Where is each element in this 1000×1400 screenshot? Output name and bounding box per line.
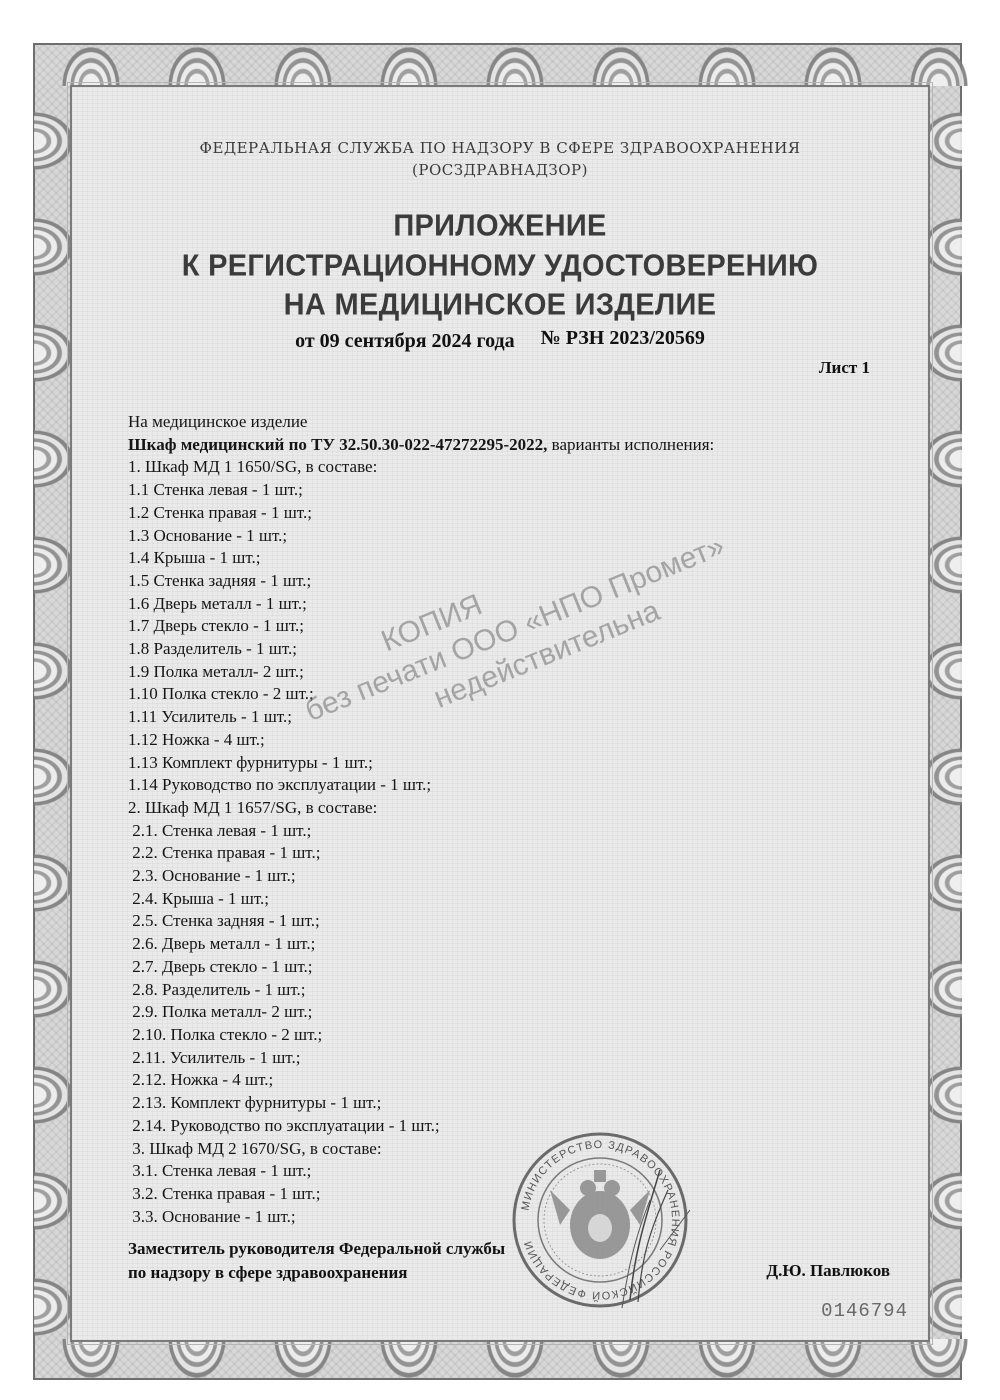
list-item: 1.4 Крыша - 1 шт.; [128, 547, 868, 570]
list-item: 1.7 Дверь стекло - 1 шт.; [128, 615, 868, 638]
list-item: 2.3. Основание - 1 шт.; [128, 865, 868, 888]
document-title-line1: ПРИЛОЖЕНИЕ [0, 205, 1000, 247]
list-item: 1.5 Стенка задняя - 1 шт.; [128, 570, 868, 593]
list-item: 1.13 Комплект фурнитуры - 1 шт.; [128, 752, 868, 775]
list-item: 1.9 Полка металл- 2 шт.; [128, 661, 868, 684]
registration-number: № РЗН 2023/20569 [541, 327, 705, 349]
list-item: 2. Шкаф МД 1 1657/SG, в составе: [128, 797, 868, 820]
list-item: 2.9. Полка металл- 2 шт.; [128, 1001, 868, 1024]
list-item: 1.11 Усилитель - 1 шт.; [128, 706, 868, 729]
document-title-line3: НА МЕДИЦИНСКОЕ ИЗДЕЛИЕ [0, 284, 1000, 326]
document-title-line2: К РЕГИСТРАЦИОННОМУ УДОСТОВЕРЕНИЮ [0, 245, 1000, 287]
list-item: 1.2 Стенка правая - 1 шт.; [128, 502, 868, 525]
list-item: 1.6 Дверь металл - 1 шт.; [128, 593, 868, 616]
sheet-number: Лист 1 [819, 358, 870, 378]
list-item: 2.10. Полка стекло - 2 шт.; [128, 1024, 868, 1047]
list-item: 1.14 Руководство по эксплуатации - 1 шт.… [128, 774, 868, 797]
list-item: 2.13. Комплект фурнитуры - 1 шт.; [128, 1092, 868, 1115]
product-variants-label: варианты исполнения: [547, 435, 714, 454]
list-item: 2.5. Стенка задняя - 1 шт.; [128, 910, 868, 933]
form-serial-number: 0146794 [821, 1300, 908, 1322]
list-item: 2.11. Усилитель - 1 шт.; [128, 1047, 868, 1070]
list-item: 3.2. Стенка правая - 1 шт.; [128, 1183, 868, 1206]
list-item: 1.1 Стенка левая - 1 шт.; [128, 479, 868, 502]
signatory-position-line1: Заместитель руководителя Федеральной слу… [128, 1237, 505, 1261]
signatory-name: Д.Ю. Павлюков [766, 1261, 890, 1281]
list-item: 1. Шкаф МД 1 1650/SG, в составе: [128, 456, 868, 479]
list-item: 3.1. Стенка левая - 1 шт.; [128, 1160, 868, 1183]
list-item: 2.6. Дверь металл - 1 шт.; [128, 933, 868, 956]
agency-abbreviation: (РОСЗДРАВНАДЗОР) [0, 159, 1000, 181]
intro-text: На медицинское изделие [128, 411, 868, 434]
list-item: 1.10 Полка стекло - 2 шт.; [128, 683, 868, 706]
list-item: 2.2. Стенка правая - 1 шт.; [128, 842, 868, 865]
list-item: 1.3 Основание - 1 шт.; [128, 525, 868, 548]
product-line: Шкаф медицинский по ТУ 32.50.30-022-4727… [128, 434, 868, 457]
list-item: 2.7. Дверь стекло - 1 шт.; [128, 956, 868, 979]
agency-name: ФЕДЕРАЛЬНАЯ СЛУЖБА ПО НАДЗОРУ В СФЕРЕ ЗД… [0, 137, 1000, 159]
registration-line: от 09 сентября 2024 года№ РЗН 2023/20569 [0, 330, 1000, 353]
device-description: На медицинское изделие Шкаф медицинский … [128, 411, 868, 1228]
list-item: 2.4. Крыша - 1 шт.; [128, 888, 868, 911]
list-item: 1.12 Ножка - 4 шт.; [128, 729, 868, 752]
list-item: 2.1. Стенка левая - 1 шт.; [128, 820, 868, 843]
list-item: 2.14. Руководство по эксплуатации - 1 шт… [128, 1115, 868, 1138]
product-name: Шкаф медицинский по ТУ 32.50.30-022-4727… [128, 435, 547, 454]
signatory-position-line2: по надзору в сфере здравоохранения [128, 1261, 505, 1285]
registration-date: от 09 сентября 2024 года [295, 330, 515, 352]
list-item: 1.8 Разделитель - 1 шт.; [128, 638, 868, 661]
list-item: 2.12. Ножка - 4 шт.; [128, 1069, 868, 1092]
list-item: 3. Шкаф МД 2 1670/SG, в составе: [128, 1138, 868, 1161]
signatory-position: Заместитель руководителя Федеральной слу… [128, 1237, 505, 1285]
list-item: 3.3. Основание - 1 шт.; [128, 1206, 868, 1229]
list-item: 2.8. Разделитель - 1 шт.; [128, 979, 868, 1002]
component-list: 1. Шкаф МД 1 1650/SG, в составе:1.1 Стен… [128, 456, 868, 1228]
